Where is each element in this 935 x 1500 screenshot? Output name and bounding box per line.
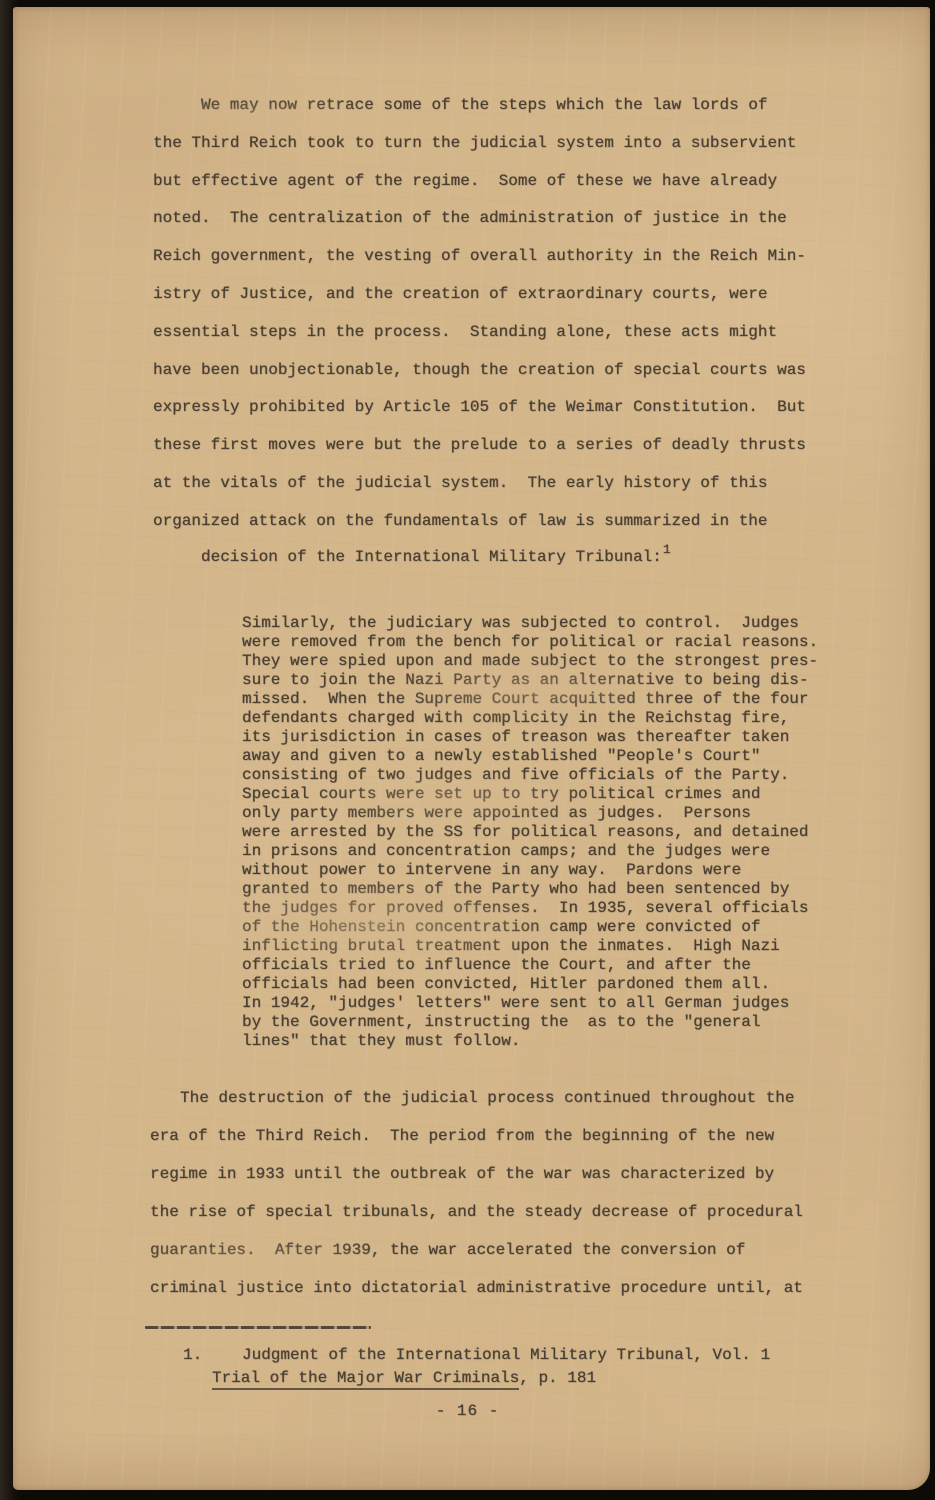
text-line: Reich government, the vesting of overall… <box>153 238 853 276</box>
footnote-page-ref: , p. 181 <box>519 1369 596 1387</box>
paragraph-opening-last-line: decision of the International Military T… <box>153 539 853 577</box>
text-line: guaranties. After 1939, the war accelera… <box>150 1231 860 1269</box>
text-line: The destruction of the judicial process … <box>150 1079 860 1117</box>
footnote-citation: Judgment of the International Military T… <box>242 1346 770 1364</box>
paragraph-destruction: The destruction of the judicial process … <box>150 1079 860 1307</box>
text-line: in prisons and concentration camps; and … <box>242 842 852 861</box>
text-line: missed. When the Supreme Court acquitted… <box>242 690 852 709</box>
text-line: organized attack on the fundamentals of … <box>153 503 853 541</box>
text-line: but effective agent of the regime. Some … <box>153 163 853 201</box>
text-line: away and given to a newly established "P… <box>242 747 852 766</box>
text-line: In 1942, "judges' letters" were sent to … <box>242 994 852 1013</box>
text-line: by the Government, instructing the as to… <box>242 1013 852 1032</box>
text-line: inflicting brutal treatment upon the inm… <box>242 937 852 956</box>
text-line: were arrested by the SS for political re… <box>242 823 852 842</box>
text-line: regime in 1933 until the outbreak of the… <box>150 1155 860 1193</box>
footnote: 1.Judgment of the International Military… <box>153 1344 770 1389</box>
text-line: criminal justice into dictatorial admini… <box>150 1269 860 1307</box>
text-line: expressly prohibited by Article 105 of t… <box>153 389 853 427</box>
text-line: only party members were appointed as jud… <box>242 804 852 823</box>
text-line: at the vitals of the judicial system. Th… <box>153 465 853 503</box>
text-line: Similarly, the judiciary was subjected t… <box>242 614 852 633</box>
text-line: lines" that they must follow. <box>242 1032 852 1051</box>
text-line: without power to intervene in any way. P… <box>242 861 852 880</box>
text-line: Special courts were set up to try politi… <box>242 785 852 804</box>
text-line: granted to members of the Party who had … <box>242 880 852 899</box>
text-line: the Third Reich took to turn the judicia… <box>153 125 853 163</box>
text-line: the judges for proved offenses. In 1935,… <box>242 899 852 918</box>
scanned-page: We may now retrace some of the steps whi… <box>0 0 935 1500</box>
paragraph-opening: We may now retrace some of the steps whi… <box>153 87 853 541</box>
blockquote-tribunal-decision: Similarly, the judiciary was subjected t… <box>242 614 852 1051</box>
text-line: officials had been convicted, Hitler par… <box>242 975 852 994</box>
text-line: essential steps in the process. Standing… <box>153 314 853 352</box>
text-line: its jurisdiction in cases of treason was… <box>242 728 852 747</box>
text-line: defendants charged with complicity in th… <box>242 709 852 728</box>
text-line: decision of the International Military T… <box>153 539 853 577</box>
text-line: sure to join the Nazi Party as an altern… <box>242 671 852 690</box>
text-line: consisting of two judges and five offici… <box>242 766 852 785</box>
text-line: were removed from the bench for politica… <box>242 633 852 652</box>
footnote-book-title: Trial of the Major War Criminals <box>212 1369 519 1390</box>
text-line: They were spied upon and made subject to… <box>242 652 852 671</box>
text-line: istry of Justice, and the creation of ex… <box>153 276 853 314</box>
text-line: We may now retrace some of the steps whi… <box>153 87 853 125</box>
text-line: these first moves were but the prelude t… <box>153 427 853 465</box>
footnote-marker: 1. <box>183 1344 242 1367</box>
footnote-reference-1: 1 <box>663 542 671 557</box>
footnote-line-2: Trial of the Major War Criminals, p. 181 <box>153 1367 770 1390</box>
last-line-text: decision of the International Military T… <box>201 548 662 566</box>
page-number: - 16 - <box>0 1402 935 1420</box>
text-line: of the Hohenstein concentration camp wer… <box>242 918 852 937</box>
text-line: noted. The centralization of the adminis… <box>153 200 853 238</box>
text-line: officials tried to influence the Court, … <box>242 956 852 975</box>
text-line: era of the Third Reich. The period from … <box>150 1117 860 1155</box>
text-line: have been unobjectionable, though the cr… <box>153 352 853 390</box>
footnote-line-1: 1.Judgment of the International Military… <box>153 1344 770 1367</box>
footnote-separator <box>145 1326 371 1329</box>
text-line: the rise of special tribunals, and the s… <box>150 1193 860 1231</box>
